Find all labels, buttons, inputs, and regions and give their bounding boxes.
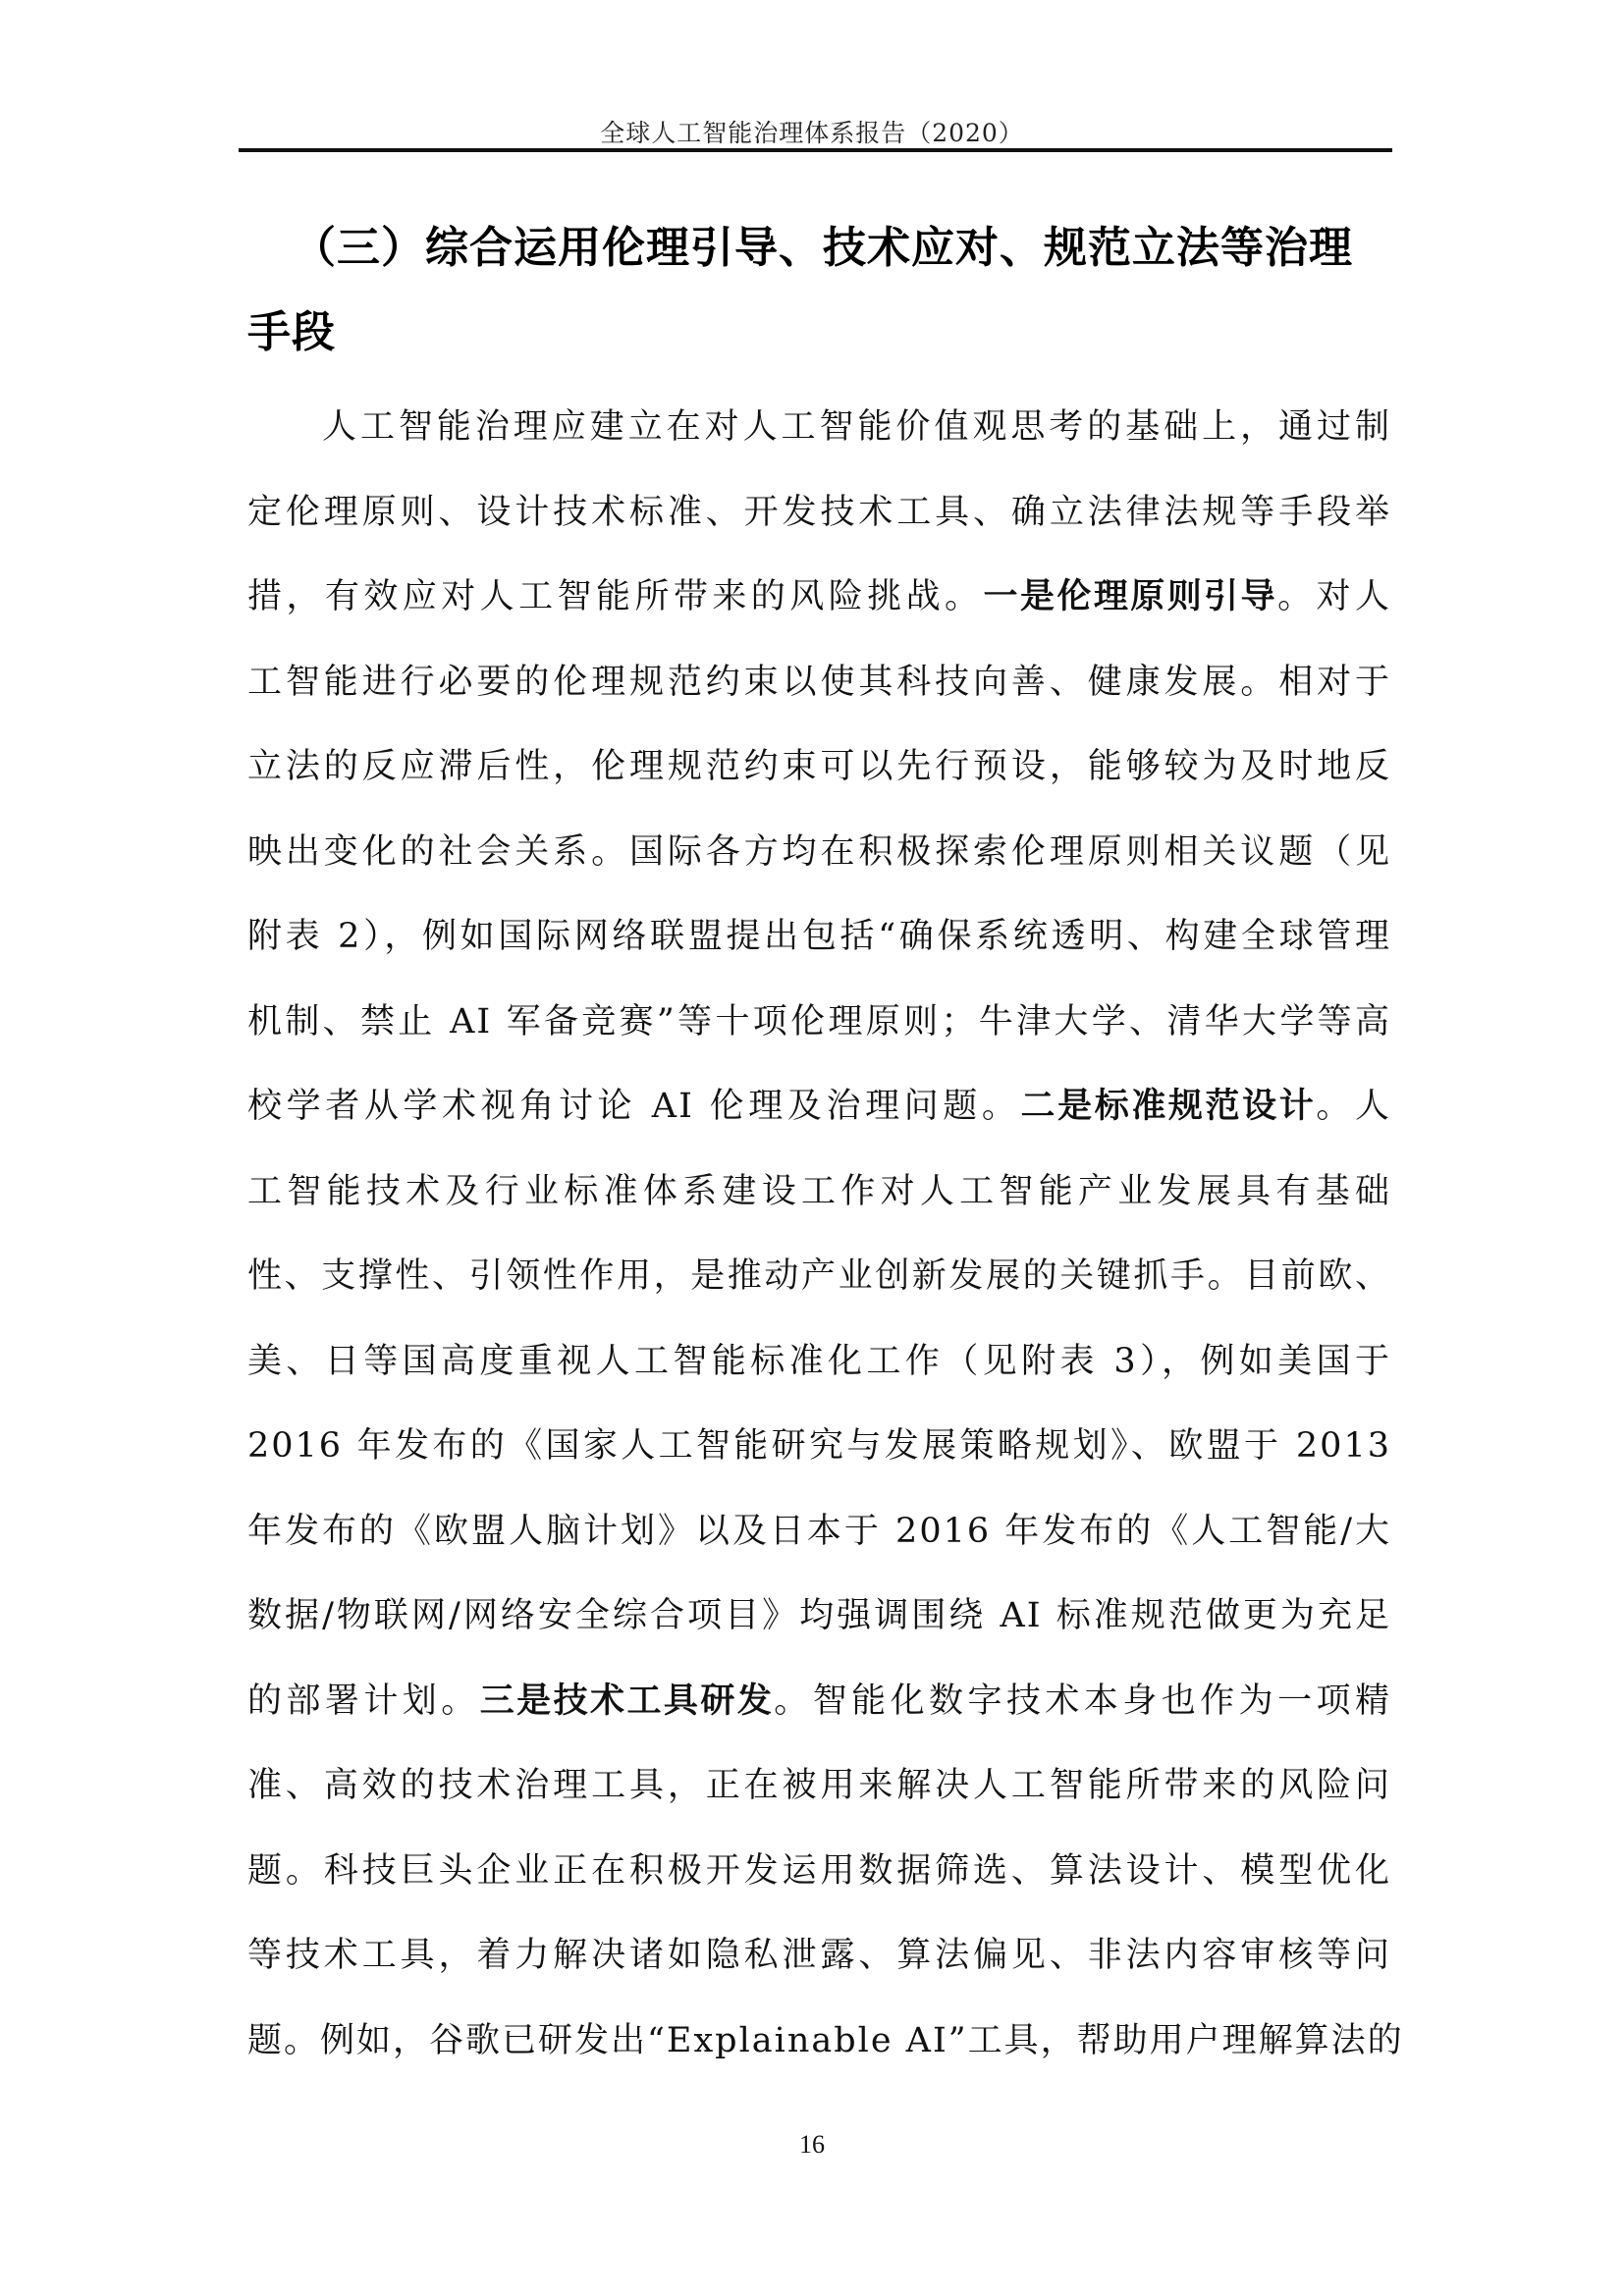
- text-run: 性、支撑性、引领性作用，是推动产业创新发展的关键抓手。目前欧、: [247, 1256, 1391, 1296]
- paragraph-line: 等技术工具，着力解决诸如隐私泄露、算法偏见、非法内容审核等问: [247, 1913, 1391, 1999]
- text-run: 。对人: [1277, 577, 1391, 616]
- text-run: 等技术工具，着力解决诸如隐私泄露、算法偏见、非法内容审核等问: [247, 1936, 1391, 1975]
- text-run: 定伦理原则、设计技术标准、开发技术工具、确立法律法规等手段举: [247, 493, 1391, 532]
- text-run: 附表 2），例如国际网络联盟提出包括“确保系统透明、构建全球管理: [247, 917, 1391, 956]
- paragraph-line: 2016 年发布的《国家人工智能研究与发展策略规划》、欧盟于 2013: [247, 1404, 1391, 1489]
- text-run: 立法的反应滞后性，伦理规范约束可以先行预设，能够较为及时地反: [247, 747, 1391, 786]
- section-heading-line-1: （三）综合运用伦理引导、技术应对、规范立法等治理: [247, 206, 1396, 291]
- text-run: 准、高效的技术治理工具，正在被用来解决人工智能所带来的风险问: [247, 1766, 1391, 1805]
- bold-keyphrase: 三是技术工具研发: [480, 1682, 775, 1721]
- paragraph-line: 性、支撑性、引领性作用，是推动产业创新发展的关键抓手。目前欧、: [247, 1234, 1391, 1319]
- text-run: 校学者从学术视角讨论 AI 伦理及治理问题。: [247, 1087, 1021, 1126]
- text-run: 题。例如，谷歌已研发出“Explainable AI”工具，帮助用户理解算法的: [247, 2021, 1404, 2060]
- paragraph-line: 措，有效应对人工智能所带来的风险挑战。一是伦理原则引导。对人: [247, 555, 1391, 640]
- text-run: 映出变化的社会关系。国际各方均在积极探索伦理原则相关议题（见: [247, 832, 1391, 872]
- text-run: 。人: [1316, 1087, 1391, 1126]
- paragraph-line: 题。例如，谷歌已研发出“Explainable AI”工具，帮助用户理解算法的: [247, 1999, 1391, 2084]
- paragraph-line: 的部署计划。三是技术工具研发。智能化数字技术本身也作为一项精: [247, 1659, 1391, 1744]
- paragraph-line: 题。科技巨头企业正在积极开发运用数据筛选、算法设计、模型优化: [247, 1829, 1391, 1914]
- body-paragraph: 人工智能治理应建立在对人工智能价值观思考的基础上，通过制定伦理原则、设计技术标准…: [247, 385, 1391, 2083]
- bold-keyphrase: 一是伦理原则引导: [984, 577, 1278, 616]
- header-rule: [239, 148, 1392, 152]
- paragraph-line: 立法的反应滞后性，伦理规范约束可以先行预设，能够较为及时地反: [247, 724, 1391, 810]
- text-run: 的部署计划。: [247, 1682, 480, 1721]
- paragraph-line: 映出变化的社会关系。国际各方均在积极探索伦理原则相关议题（见: [247, 810, 1391, 895]
- text-run: 措，有效应对人工智能所带来的风险挑战。: [247, 577, 984, 616]
- page-number: 16: [0, 2130, 1624, 2160]
- paragraph-line: 附表 2），例如国际网络联盟提出包括“确保系统透明、构建全球管理: [247, 894, 1391, 980]
- section-heading: （三）综合运用伦理引导、技术应对、规范立法等治理 手段: [247, 206, 1396, 375]
- paragraph-line: 机制、禁止 AI 军备竞赛”等十项伦理原则；牛津大学、清华大学等高: [247, 980, 1391, 1065]
- text-run: 。智能化数字技术本身也作为一项精: [774, 1682, 1391, 1721]
- paragraph-line: 校学者从学术视角讨论 AI 伦理及治理问题。二是标准规范设计。人: [247, 1064, 1391, 1149]
- text-run: 2016 年发布的《国家人工智能研究与发展策略规划》、欧盟于 2013: [247, 1426, 1391, 1466]
- text-run: 人工智能治理应建立在对人工智能价值观思考的基础上，通过制: [322, 407, 1391, 447]
- running-header: 全球人工智能治理体系报告（2020）: [0, 114, 1624, 149]
- paragraph-line: 人工智能治理应建立在对人工智能价值观思考的基础上，通过制: [247, 385, 1391, 470]
- text-run: 题。科技巨头企业正在积极开发运用数据筛选、算法设计、模型优化: [247, 1851, 1391, 1891]
- paragraph-line: 数据/物联网/网络安全综合项目》均强调围绕 AI 标准规范做更为充足: [247, 1574, 1391, 1659]
- text-run: 工智能进行必要的伦理规范约束以使其科技向善、健康发展。相对于: [247, 663, 1391, 702]
- paragraph-line: 年发布的《欧盟人脑计划》以及日本于 2016 年发布的《人工智能/大: [247, 1489, 1391, 1575]
- text-run: 年发布的《欧盟人脑计划》以及日本于 2016 年发布的《人工智能/大: [247, 1512, 1391, 1551]
- text-run: 数据/物联网/网络安全综合项目》均强调围绕 AI 标准规范做更为充足: [247, 1596, 1391, 1635]
- text-run: 美、日等国高度重视人工智能标准化工作（见附表 3），例如美国于: [247, 1342, 1391, 1381]
- paragraph-line: 工智能进行必要的伦理规范约束以使其科技向善、健康发展。相对于: [247, 640, 1391, 725]
- bold-keyphrase: 二是标准规范设计: [1021, 1087, 1317, 1126]
- text-run: 机制、禁止 AI 军备竞赛”等十项伦理原则；牛津大学、清华大学等高: [247, 1002, 1391, 1041]
- paragraph-line: 准、高效的技术治理工具，正在被用来解决人工智能所带来的风险问: [247, 1743, 1391, 1829]
- section-heading-line-2: 手段: [247, 291, 1396, 375]
- paragraph-line: 定伦理原则、设计技术标准、开发技术工具、确立法律法规等手段举: [247, 470, 1391, 556]
- paragraph-line: 美、日等国高度重视人工智能标准化工作（见附表 3），例如美国于: [247, 1319, 1391, 1405]
- text-run: 工智能技术及行业标准体系建设工作对人工智能产业发展具有基础: [247, 1172, 1391, 1211]
- paragraph-line: 工智能技术及行业标准体系建设工作对人工智能产业发展具有基础: [247, 1149, 1391, 1235]
